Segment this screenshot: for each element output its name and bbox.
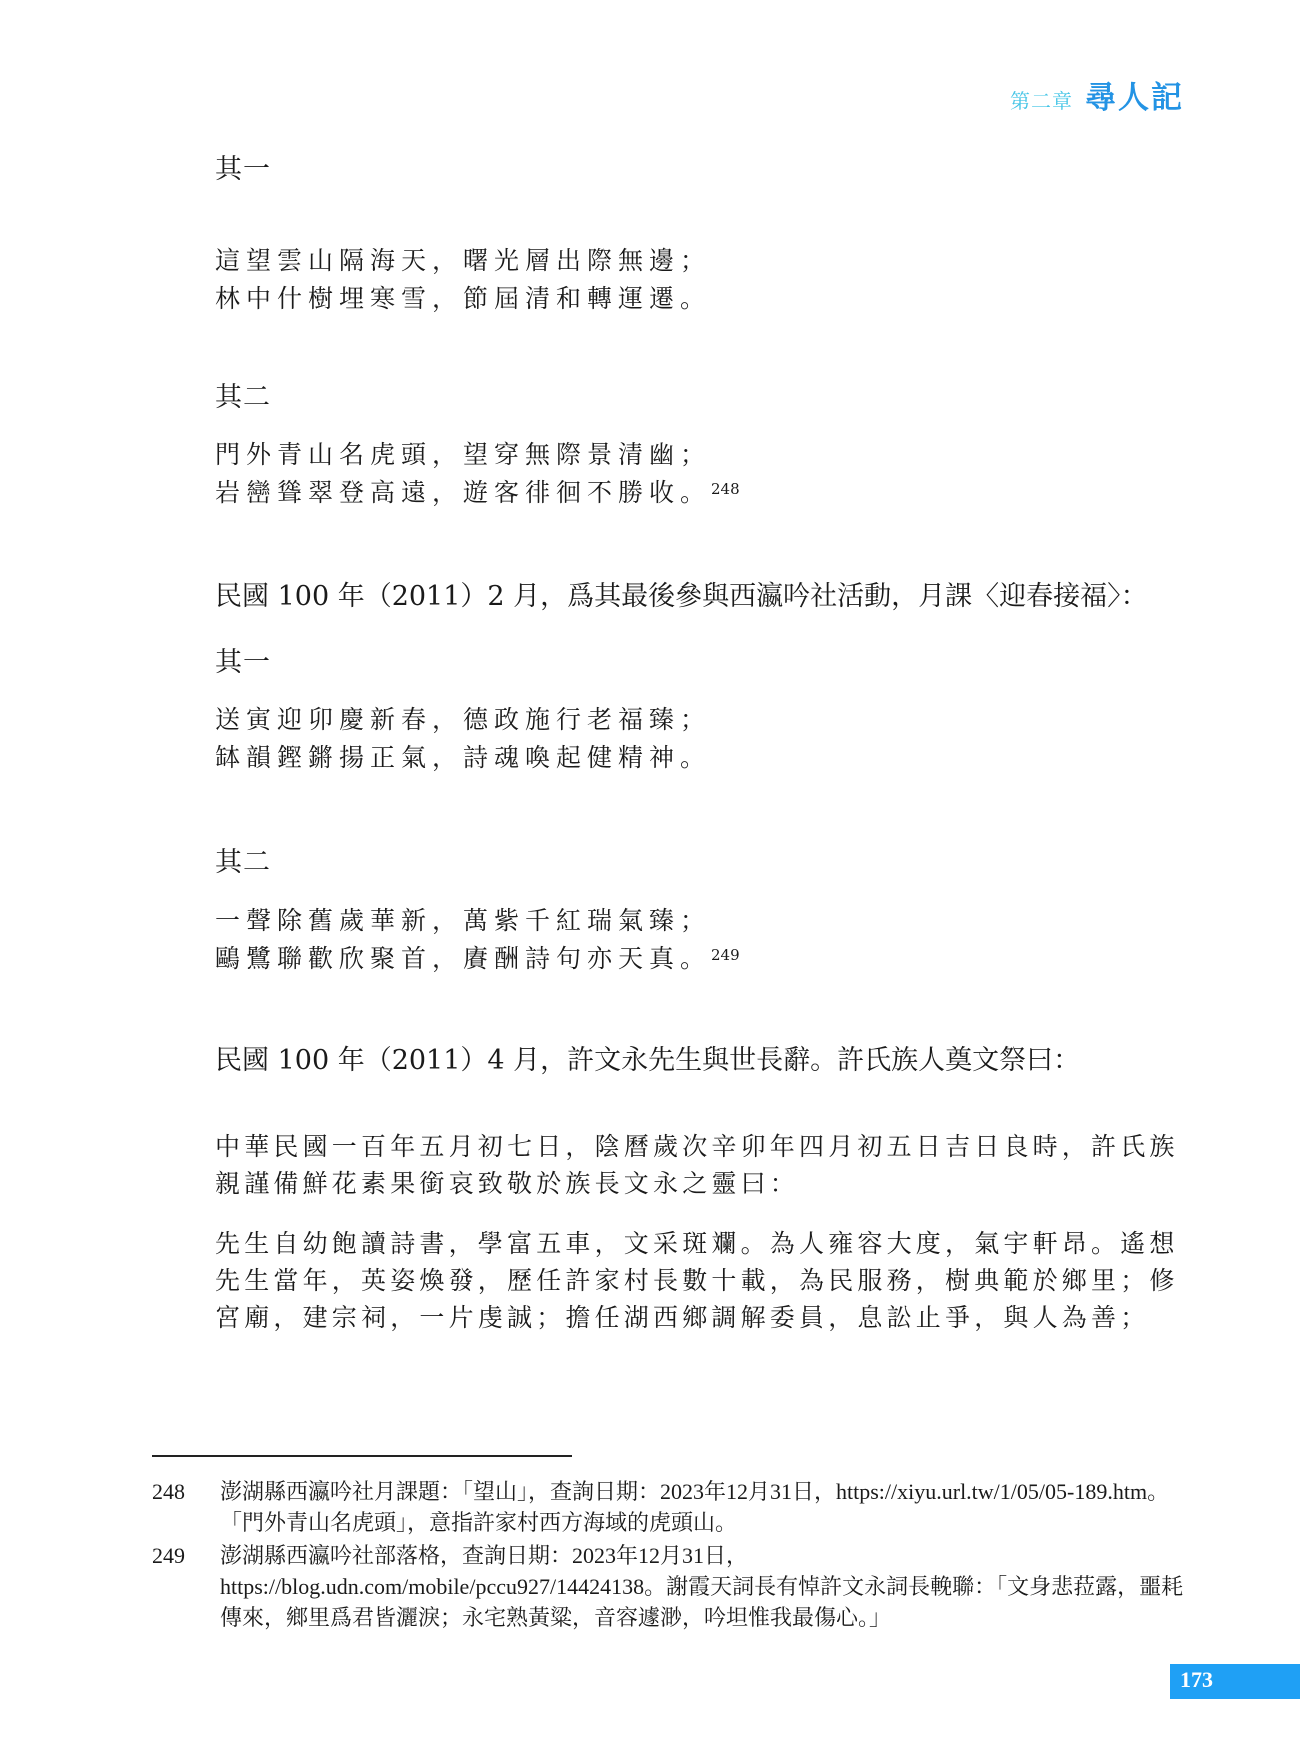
eulogy-quote: 先生自幼飽讀詩書，學富五車，文采斑斕。為人雍容大度，氣宇軒昂。遙想先生當年，英姿… (215, 1225, 1185, 1336)
poem-subtitle: 其一 (215, 147, 271, 186)
footnote-text: 澎湖縣西瀛吟社部落格，查詢日期：2023年12月31日，https://blog… (220, 1540, 1192, 1633)
poem-subtitle: 其二 (215, 840, 271, 879)
poem-body: 送寅迎卯慶新春，德政施行老福臻； 缽韻鏗鏘揚正氣，詩魂喚起健精神。 (215, 701, 711, 777)
chapter-label: 第二章 (1010, 85, 1073, 114)
body-paragraph: 民國 100 年（2011）2 月，爲其最後參與西瀛吟社活動，月課〈迎春接福〉： (215, 574, 1148, 613)
poem-body: 這望雲山隔海天，曙光層出際無邊； 林中什樹埋寒雪，節屆清和轉運遷。 (215, 242, 711, 318)
footnote: 249 澎湖縣西瀛吟社部落格，查詢日期：2023年12月31日，https://… (152, 1540, 1192, 1633)
poem-subtitle: 其一 (215, 640, 271, 679)
poem-body: 一聲除舊歲華新，萬紫千紅瑞氣臻； 鷗鷺聯歡欣聚首，賡酬詩句亦天真。249 (215, 902, 740, 978)
poem-subtitle: 其二 (215, 375, 271, 414)
poem-line-text: 鷗鷺聯歡欣聚首，賡酬詩句亦天真。 (215, 944, 711, 973)
poem-body: 門外青山名虎頭，望穿無際景清幽； 岩巒聳翠登高遠，遊客徘徊不勝收。248 (215, 436, 740, 512)
footnote-ref[interactable]: 248 (711, 480, 740, 498)
poem-line: 林中什樹埋寒雪，節屆清和轉運遷。 (215, 280, 711, 318)
poem-line: 鷗鷺聯歡欣聚首，賡酬詩句亦天真。249 (215, 940, 740, 978)
footnote-ref[interactable]: 249 (711, 946, 740, 964)
poem-line: 這望雲山隔海天，曙光層出際無邊； (215, 242, 711, 280)
footnote-text: 澎湖縣西瀛吟社月課題：「望山」，查詢日期：2023年12月31日，https:/… (220, 1476, 1192, 1538)
footnote-divider (152, 1455, 572, 1457)
body-paragraph: 民國 100 年（2011）4 月，許文永先生與世長辭。許氏族人奠文祭曰： (215, 1038, 1080, 1077)
footnote-number: 249 (152, 1540, 212, 1571)
page-number: 173 (1180, 1667, 1213, 1693)
footnote: 248 澎湖縣西瀛吟社月課題：「望山」，查詢日期：2023年12月31日，htt… (152, 1476, 1192, 1538)
footnote-number: 248 (152, 1476, 212, 1507)
chapter-title: 尋人記 (1085, 72, 1184, 117)
running-header: 第二章 尋人記 (1010, 72, 1184, 117)
poem-line-text: 岩巒聳翠登高遠，遊客徘徊不勝收。 (215, 478, 711, 507)
poem-line: 門外青山名虎頭，望穿無際景清幽； (215, 436, 740, 474)
poem-line: 缽韻鏗鏘揚正氣，詩魂喚起健精神。 (215, 739, 711, 777)
poem-line: 送寅迎卯慶新春，德政施行老福臻； (215, 701, 711, 739)
poem-line: 岩巒聳翠登高遠，遊客徘徊不勝收。248 (215, 474, 740, 512)
eulogy-quote: 中華民國一百年五月初七日，陰曆歲次辛卯年四月初五日吉日良時，許氏族親謹備鮮花素果… (215, 1128, 1185, 1202)
poem-line: 一聲除舊歲華新，萬紫千紅瑞氣臻； (215, 902, 740, 940)
